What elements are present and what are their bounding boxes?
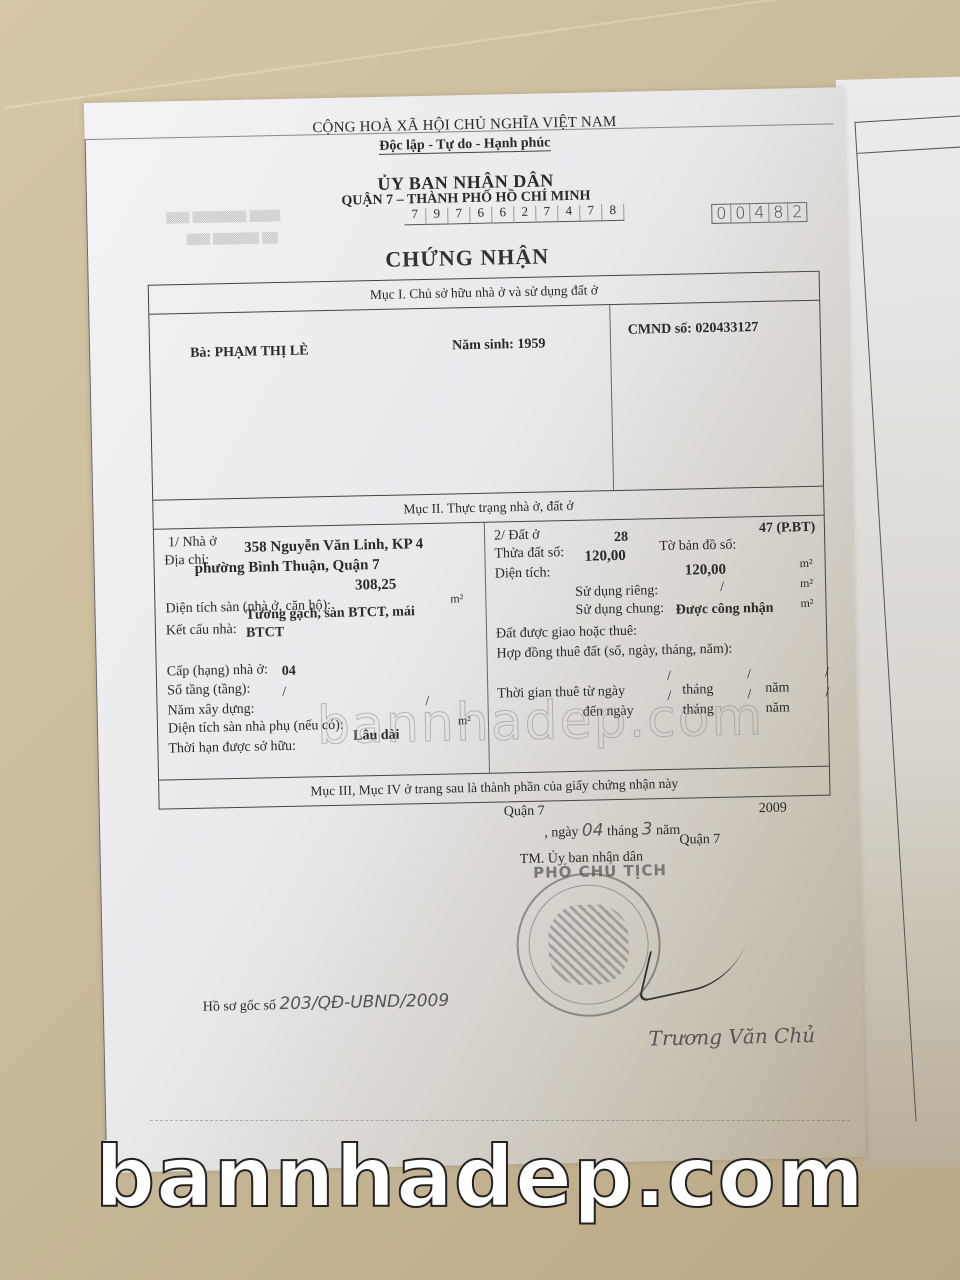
adjacent-page-frame <box>854 115 960 1122</box>
issue-date: , ngày 04 tháng 3 năm <box>544 819 680 842</box>
lease-blank: / <box>825 666 829 682</box>
floor-area-value: 308,25 <box>355 577 397 595</box>
land-label: 2/ Đất ở <box>494 528 540 545</box>
issue-month: 3 <box>641 819 652 839</box>
term-label: Thời hạn được sở hữu: <box>168 739 296 758</box>
page-edge-line <box>150 1120 850 1121</box>
lease-blank: / <box>667 669 671 685</box>
lease-contract-label: Hợp đồng thuê đất (số, ngày, tháng, năm)… <box>496 642 732 663</box>
structure-value-line1: Tường gạch, sàn BTCT, mái <box>245 604 414 624</box>
map-sheet-value: 47 (P.BT) <box>759 520 816 537</box>
built-year-label: Năm xây dựng: <box>167 702 254 720</box>
floors-value: / <box>282 685 286 701</box>
area-unit: m² <box>800 556 813 571</box>
plot-value: 28 <box>614 530 628 546</box>
structure-label: Kết cấu nhà: <box>166 622 237 639</box>
lease-blank: / <box>825 686 829 702</box>
faint-print: ▒▒▒ ▒▒▒▒▒▒ ▒▒ <box>187 233 278 246</box>
certificate-page: CỘNG HOÀ XÃ HỘI CHỦ NGHĨA VIỆT NAM Độc l… <box>84 87 866 1173</box>
allocation-label: Đất được giao hoặc thuê: <box>496 624 637 643</box>
archive-value: 203/QĐ-UBND/2009 <box>279 991 449 1015</box>
owner-section: Bà: PHẠM THỊ LÈ Năm sinh: 1959 CMND số: … <box>149 301 823 501</box>
lease-blank: / <box>747 667 751 683</box>
house-address-line1: 358 Nguyễn Văn Linh, KP 4 <box>244 536 423 557</box>
map-sheet-label: Tờ bản đồ số: <box>659 538 736 556</box>
allocation-value: Được công nhận <box>675 601 773 619</box>
grade-label: Cấp (hạng) nhà ở: <box>167 662 268 680</box>
private-use-value: 120,00 <box>685 562 727 580</box>
serial-number-handwritten: 0 0 4 8 2 <box>711 202 807 224</box>
house-label: 1/ Nhà ở <box>168 534 217 551</box>
plot-label: Thửa đất số: <box>494 545 564 562</box>
owner-id-number: CMND số: 020433127 <box>628 320 759 339</box>
issue-place: Quận 7 <box>504 804 545 821</box>
grade-value: 04 <box>282 664 296 680</box>
shared-use-label: Sử dụng chung: <box>575 601 664 619</box>
shared-use-value: / <box>720 580 724 596</box>
site-watermark: bannhadep.com <box>0 1128 960 1226</box>
house-address-line2: phường Bình Thuận, Quận 7 <box>194 557 379 578</box>
area-value: 120,00 <box>584 548 626 566</box>
structure-value-line2: BTCT <box>246 625 284 642</box>
floor-area-unit: m² <box>450 591 463 606</box>
faint-watermark: bannhadep.com <box>316 687 764 756</box>
issue-day: 04 <box>582 820 604 840</box>
lease-from-year-label: năm <box>765 680 789 697</box>
private-use-label: Sử dụng riêng: <box>575 583 658 601</box>
place-stamp: Quận 7 <box>679 832 720 849</box>
private-use-unit: m² <box>800 576 813 591</box>
issue-year: 2009 <box>759 801 787 818</box>
shared-use-unit: m² <box>800 596 813 611</box>
floors-label: Số tầng (tầng): <box>167 682 251 700</box>
owner-name: Bà: PHẠM THỊ LÈ <box>190 343 309 361</box>
lease-to-year-label: năm <box>766 700 790 717</box>
area-label: Diện tích: <box>495 565 551 582</box>
owner-birth-year: Năm sinh: 1959 <box>452 336 546 354</box>
signer-name: Trương Văn Chủ <box>648 1023 815 1050</box>
